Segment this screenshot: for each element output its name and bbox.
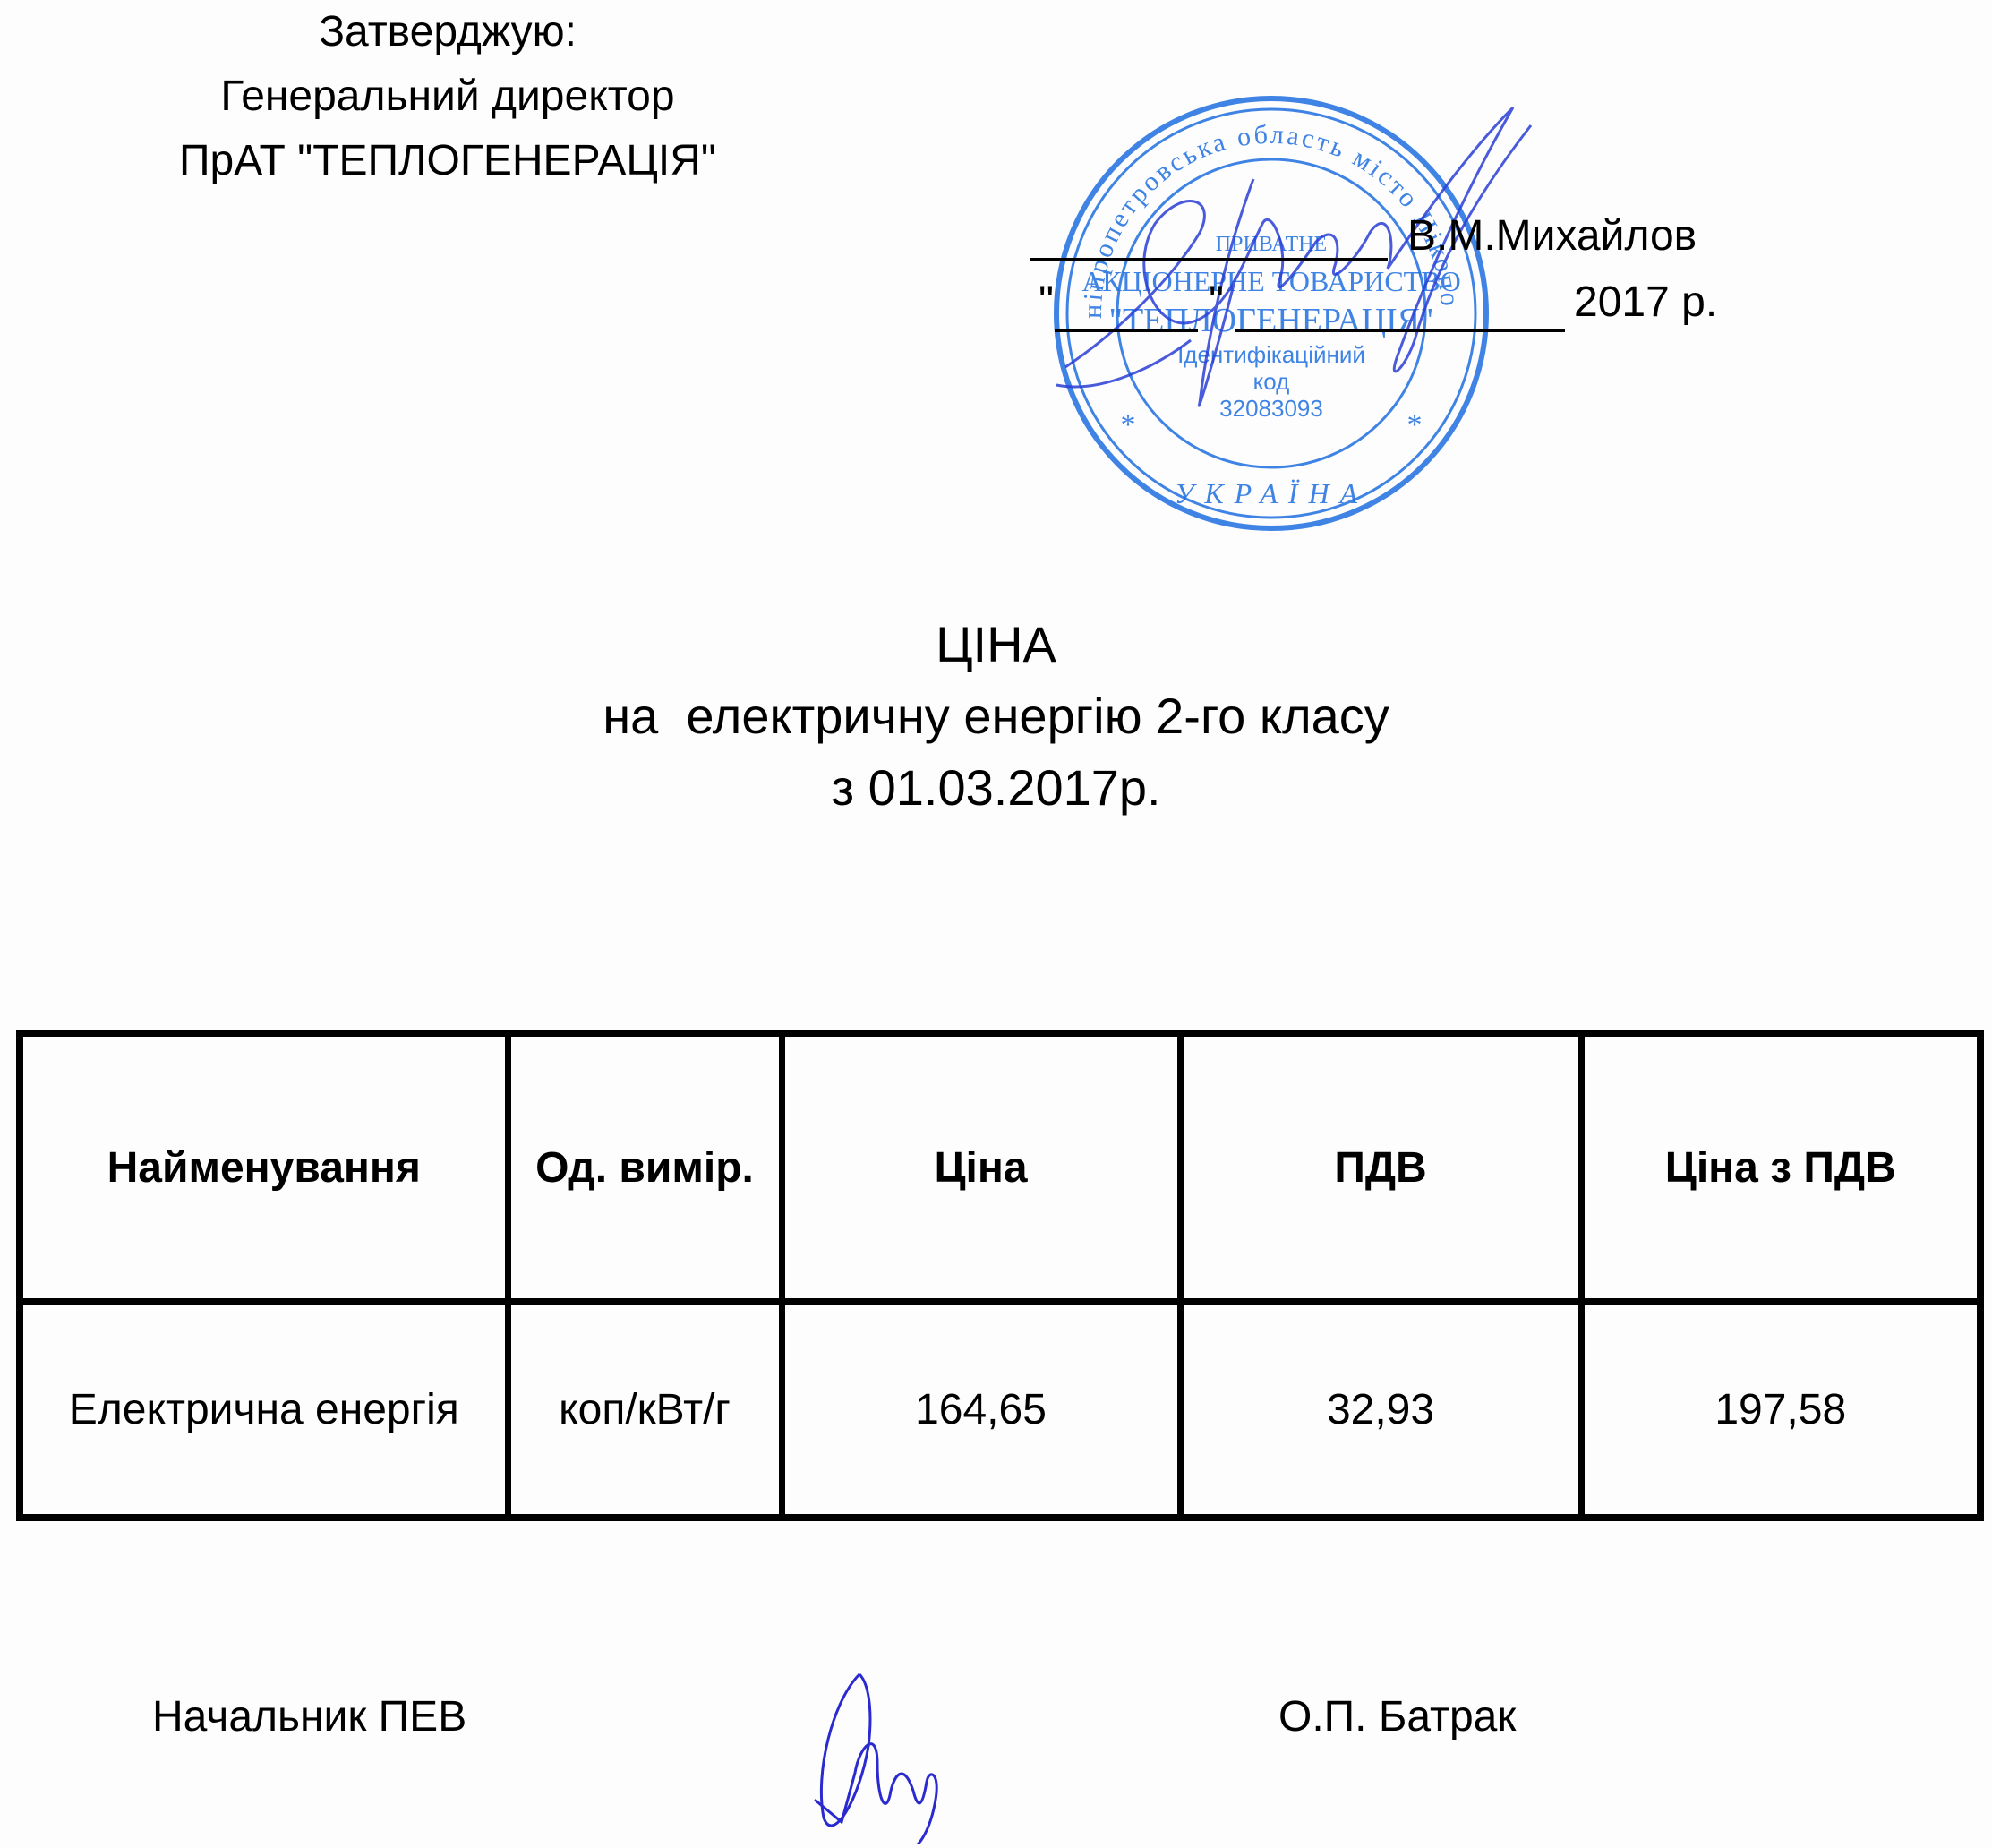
director-signature	[1047, 98, 1549, 475]
date-month-blank	[1235, 329, 1565, 332]
header-vat: ПДВ	[1180, 1033, 1581, 1302]
header-unit: Од. вимір.	[508, 1033, 782, 1302]
approve-label: Затверджую:	[0, 0, 895, 64]
approval-block: Затверджую: Генеральний директор ПрАТ "Т…	[0, 0, 895, 193]
date-year: 2017 р.	[1574, 278, 1717, 327]
title-line-3: з 01.03.2017р.	[0, 752, 1992, 824]
header-price: Ціна	[782, 1033, 1180, 1302]
cell-vat: 32,93	[1180, 1302, 1581, 1519]
date-day-blank	[1055, 329, 1198, 332]
director-name: В.М.Михайлов	[1407, 211, 1697, 261]
header-price-with-vat: Ціна з ПДВ	[1581, 1033, 1980, 1302]
header-name: Найменування	[20, 1033, 508, 1302]
table-row: Електрична енергія коп/кВт/г 164,65 32,9…	[20, 1302, 1980, 1519]
svg-text:УКРАЇНА: УКРАЇНА	[1175, 477, 1368, 509]
director-signature-line	[1030, 258, 1388, 261]
table-header-row: Найменування Од. вимір. Ціна ПДВ Ціна з …	[20, 1033, 1980, 1302]
title-line-1: ЦІНА	[0, 609, 1992, 680]
document-title: ЦІНА на електричну енергію 2-го класу з …	[0, 609, 1992, 824]
title-line-2: на електричну енергію 2-го класу	[0, 680, 1992, 752]
company-name: ПрАТ "ТЕПЛОГЕНЕРАЦІЯ"	[0, 129, 895, 193]
date-open-quote: "	[1039, 278, 1054, 327]
footer-name: О.П. Батрак	[1278, 1692, 1516, 1741]
cell-price-with-vat: 197,58	[1581, 1302, 1980, 1519]
head-signature	[788, 1665, 1021, 1844]
cell-name: Електрична енергія	[20, 1302, 508, 1519]
cell-price: 164,65	[782, 1302, 1180, 1519]
director-position: Генеральний директор	[0, 64, 895, 129]
footer-role: Начальник ПЕВ	[152, 1692, 466, 1741]
cell-unit: коп/кВт/г	[508, 1302, 782, 1519]
price-table: Найменування Од. вимір. Ціна ПДВ Ціна з …	[16, 1030, 1984, 1521]
date-close-quote: "	[1209, 278, 1224, 327]
